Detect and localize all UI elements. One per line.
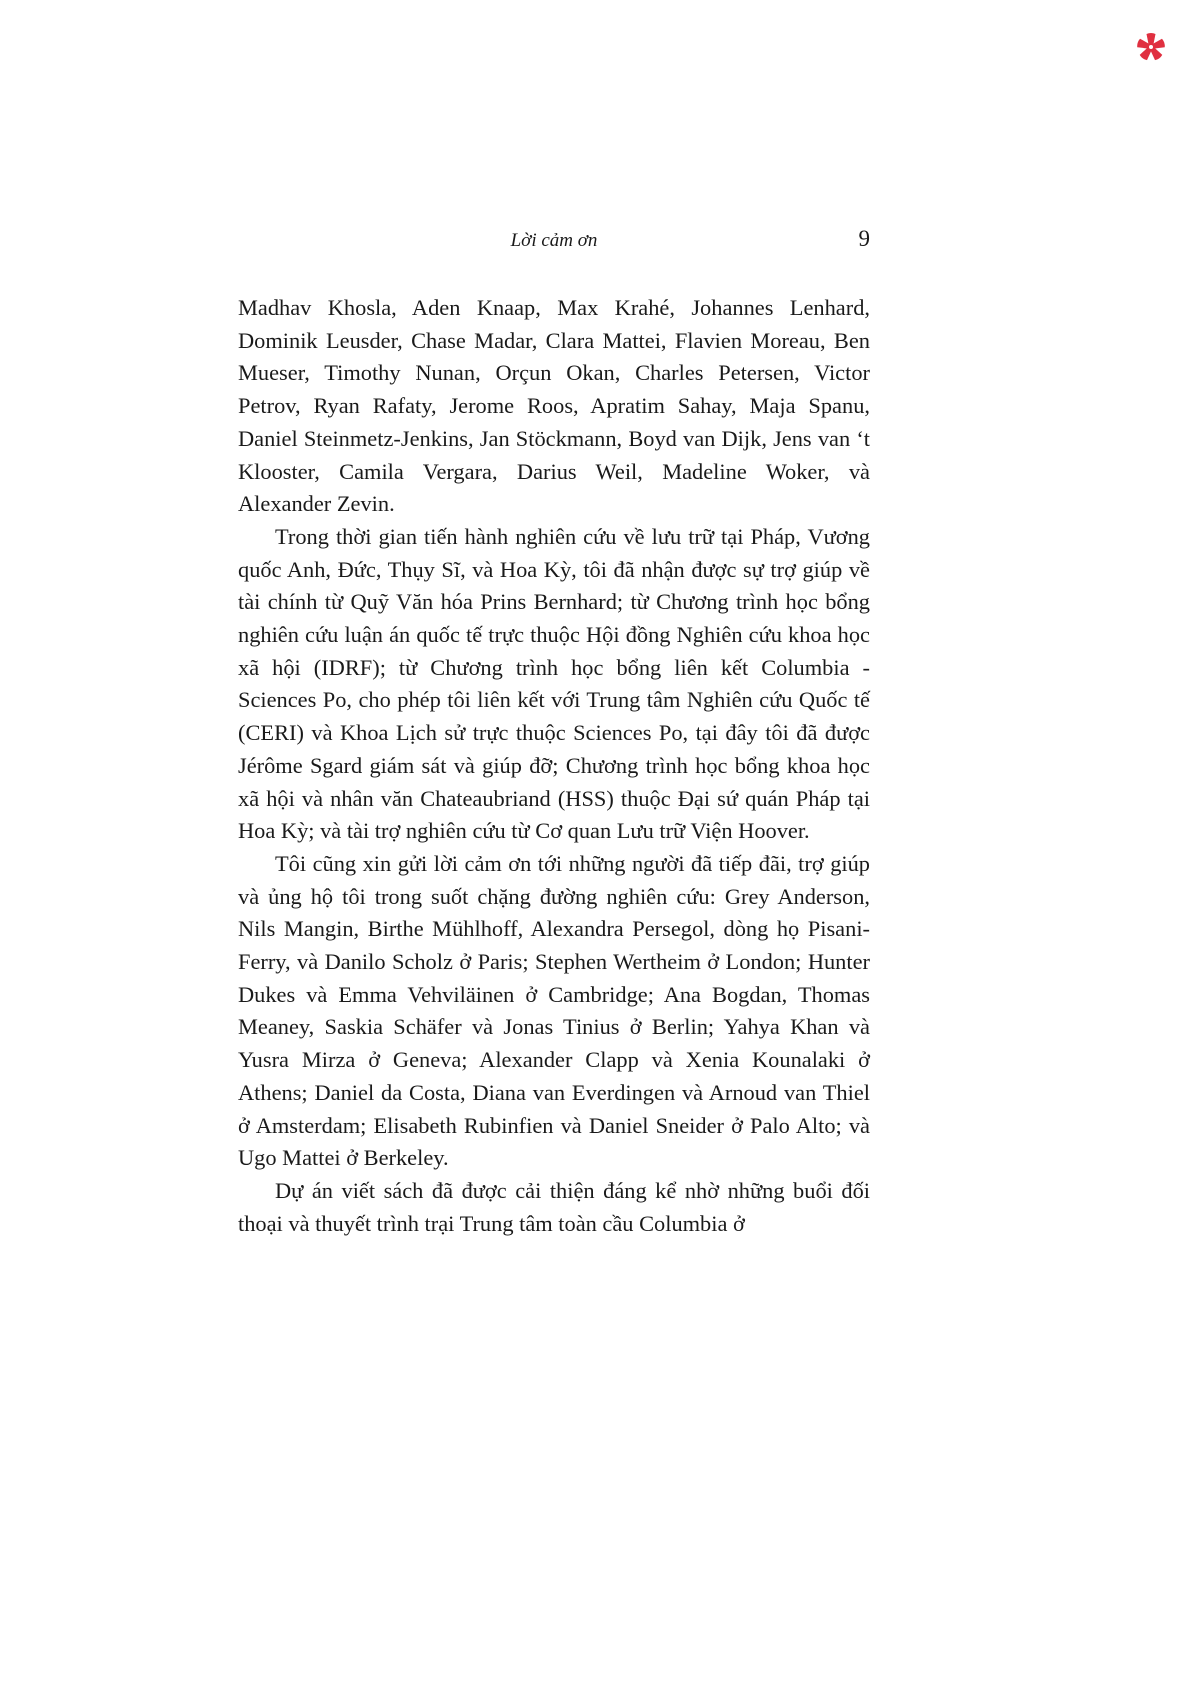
paragraph-names-continued: Madhav Khosla, Aden Knaap, Max Krahé, Jo… bbox=[238, 292, 870, 521]
running-title: Lời cảm ơn bbox=[238, 230, 870, 252]
publisher-logo-icon bbox=[1136, 32, 1166, 62]
paragraph-hosts: Tôi cũng xin gửi lời cảm ơn tới những ng… bbox=[238, 848, 870, 1175]
page-number: 9 bbox=[859, 226, 871, 252]
paragraph-project: Dự án viết sách đã được cải thiện đáng k… bbox=[238, 1175, 870, 1240]
running-header: Lời cảm ơn 9 bbox=[238, 226, 870, 256]
paragraph-funding: Trong thời gian tiến hành nghiên cứu về … bbox=[238, 521, 870, 848]
body-text: Madhav Khosla, Aden Knaap, Max Krahé, Jo… bbox=[238, 292, 870, 1240]
